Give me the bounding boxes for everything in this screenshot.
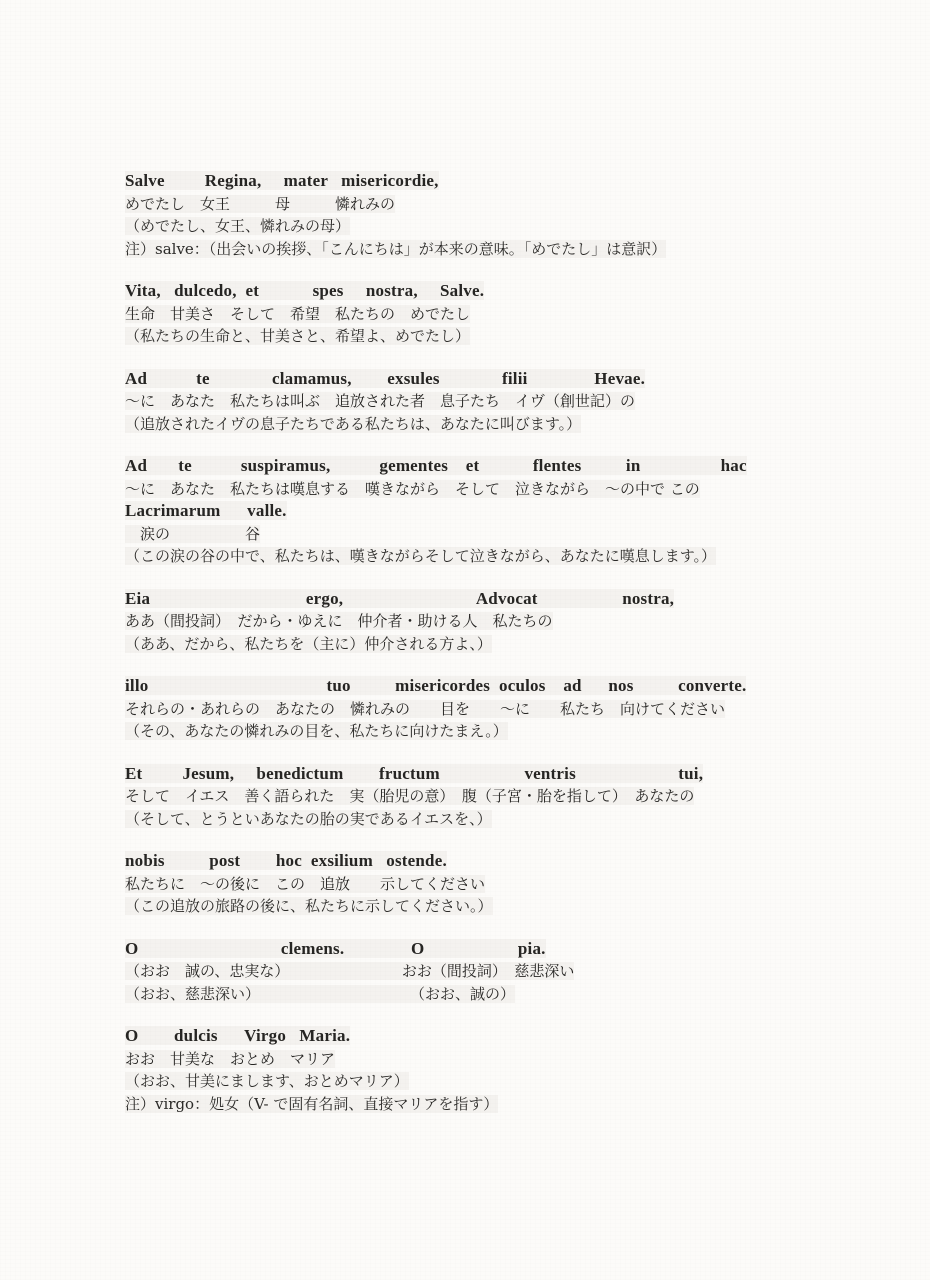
prayer-text-column: Salve Regina, mater misericordie,めでたし 女王… [125,170,845,1135]
japanese-translation-line: （ああ、だから、私たちを（主に）仲介される方よ、） [125,633,845,656]
line-text: 生命 甘美さ そして 希望 私たちの めでたし [125,305,470,323]
line-text: それらの・あれらの あなたの 憐れみの 目を ～に 私たち 向けてください [125,700,725,718]
japanese-gloss-line: 生命 甘美さ そして 希望 私たちの めでたし [125,303,845,326]
latin-text-line: illo tuo misericordes oculos ad nos conv… [125,675,845,698]
line-text: Ad te clamamus, exsules filii Hevae. [125,369,645,388]
japanese-translation-line: （その、あなたの憐れみの目を、私たちに向けたまえ。） [125,720,845,743]
verse-block-3: Ad te clamamus, exsules filii Hevae.～に あ… [125,368,845,436]
line-text: illo tuo misericordes oculos ad nos conv… [125,676,746,695]
latin-text-line: Eia ergo, Advocat nostra, [125,588,845,611]
line-text: （この涙の谷の中で、私たちは、嘆きながらそして泣きながら、あなたに嘆息します。） [125,547,716,565]
japanese-gloss-line: 涙の 谷 [125,523,845,546]
japanese-gloss-line: そして イエス 善く語られた 実（胎児の意） 腹（子宮・胎を指して） あなたの [125,785,845,808]
line-text: （この追放の旅路の後に、私たちに示してください。） [125,897,493,915]
verse-block-10: O dulcis Virgo Maria.おお 甘美な おとめ マリア（おお、甘… [125,1025,845,1115]
verse-block-5: Eia ergo, Advocat nostra,ああ（間投詞） だから・ゆえに… [125,588,845,656]
line-text: （そして、とうといあなたの胎の実であるイエスを、） [125,810,492,828]
line-text: 注）virgo：処女（V- で固有名詞、直接マリアを指す） [125,1095,498,1113]
line-text: ああ（間投詞） だから・ゆえに 仲介者・助ける人 私たちの [125,612,553,630]
line-text: そして イエス 善く語られた 実（胎児の意） 腹（子宮・胎を指して） あなたの [125,787,694,805]
verse-block-9: O clemens. O pia.（おお 誠の、忠実な） おお（間投詞） 慈悲深… [125,938,845,1006]
line-text: Lacrimarum valle. [125,501,287,520]
line-text: O dulcis Virgo Maria. [125,1026,350,1045]
japanese-gloss-line: （おお 誠の、忠実な） おお（間投詞） 慈悲深い [125,960,845,983]
line-text: めでたし 女王 母 憐れみの [125,195,395,213]
verse-block-6: illo tuo misericordes oculos ad nos conv… [125,675,845,743]
line-text: ～に あなた 私たちは叫ぶ 追放された者 息子たち イヴ（創世記）の [125,392,635,410]
line-text: 涙の 谷 [125,525,260,543]
verse-block-1: Salve Regina, mater misericordie,めでたし 女王… [125,170,845,260]
line-text: （追放されたイヴの息子たちである私たちは、あなたに叫びます。） [125,415,581,433]
line-text: Ad te suspiramus, gementes et flentes in… [125,456,747,475]
scanned-document-page: Salve Regina, mater misericordie,めでたし 女王… [0,0,930,1280]
japanese-translation-line: （この追放の旅路の後に、私たちに示してください。） [125,895,845,918]
line-text: O clemens. O pia. [125,939,546,958]
latin-text-line: Salve Regina, mater misericordie, [125,170,845,193]
japanese-translation-line: （おお、甘美にまします、おとめマリア） [125,1070,845,1093]
line-text: Vita, dulcedo, et spes nostra, Salve. [125,281,484,300]
japanese-translation-line: （おお、慈悲深い） （おお、誠の） [125,983,845,1006]
line-text: （私たちの生命と、甘美さと、希望よ、めでたし） [125,327,470,345]
line-text: Eia ergo, Advocat nostra, [125,589,674,608]
line-text: （その、あなたの憐れみの目を、私たちに向けたまえ。） [125,722,508,740]
japanese-gloss-line: ～に あなた 私たちは叫ぶ 追放された者 息子たち イヴ（創世記）の [125,390,845,413]
latin-text-line: O clemens. O pia. [125,938,845,961]
verse-block-8: nobis post hoc exsilium ostende.私たちに ～の後… [125,850,845,918]
japanese-translation-line: （そして、とうといあなたの胎の実であるイエスを、） [125,808,845,831]
line-text: 私たちに ～の後に この 追放 示してください [125,875,485,893]
line-text: nobis post hoc exsilium ostende. [125,851,447,870]
line-text: （ああ、だから、私たちを（主に）仲介される方よ、） [125,635,492,653]
verse-block-2: Vita, dulcedo, et spes nostra, Salve.生命 … [125,280,845,348]
japanese-gloss-line: おお 甘美な おとめ マリア [125,1048,845,1071]
latin-text-line: Lacrimarum valle. [125,500,845,523]
japanese-gloss-line: ああ（間投詞） だから・ゆえに 仲介者・助ける人 私たちの [125,610,845,633]
latin-text-line: O dulcis Virgo Maria. [125,1025,845,1048]
annotation-note-line: 注）salve：（出会いの挨拶、「こんにちは」が本来の意味。「めでたし」は意訳） [125,238,845,261]
verse-block-7: Et Jesum, benedictum fructum ventris tui… [125,763,845,831]
line-text: ～に あなた 私たちは嘆息する 嘆きながら そして 泣きながら ～の中で この [125,480,700,498]
latin-text-line: Ad te clamamus, exsules filii Hevae. [125,368,845,391]
latin-text-line: nobis post hoc exsilium ostende. [125,850,845,873]
japanese-gloss-line: ～に あなた 私たちは嘆息する 嘆きながら そして 泣きながら ～の中で この [125,478,845,501]
japanese-gloss-line: めでたし 女王 母 憐れみの [125,193,845,216]
japanese-translation-line: （私たちの生命と、甘美さと、希望よ、めでたし） [125,325,845,348]
verse-block-4: Ad te suspiramus, gementes et flentes in… [125,455,845,568]
annotation-note-line: 注）virgo：処女（V- で固有名詞、直接マリアを指す） [125,1093,845,1116]
line-text: Salve Regina, mater misericordie, [125,171,439,190]
japanese-translation-line: （この涙の谷の中で、私たちは、嘆きながらそして泣きながら、あなたに嘆息します。） [125,545,845,568]
line-text: おお 甘美な おとめ マリア [125,1050,335,1068]
japanese-gloss-line: 私たちに ～の後に この 追放 示してください [125,873,845,896]
japanese-gloss-line: それらの・あれらの あなたの 憐れみの 目を ～に 私たち 向けてください [125,698,845,721]
japanese-translation-line: （めでたし、女王、憐れみの母） [125,215,845,238]
latin-text-line: Vita, dulcedo, et spes nostra, Salve. [125,280,845,303]
line-text: （おお 誠の、忠実な） おお（間投詞） 慈悲深い [125,962,574,980]
japanese-translation-line: （追放されたイヴの息子たちである私たちは、あなたに叫びます。） [125,413,845,436]
line-text: （おお、甘美にまします、おとめマリア） [125,1072,409,1090]
line-text: （おお、慈悲深い） （おお、誠の） [125,985,515,1003]
latin-text-line: Et Jesum, benedictum fructum ventris tui… [125,763,845,786]
line-text: Et Jesum, benedictum fructum ventris tui… [125,764,703,783]
line-text: 注）salve：（出会いの挨拶、「こんにちは」が本来の意味。「めでたし」は意訳） [125,240,666,258]
line-text: （めでたし、女王、憐れみの母） [125,217,350,235]
latin-text-line: Ad te suspiramus, gementes et flentes in… [125,455,845,478]
